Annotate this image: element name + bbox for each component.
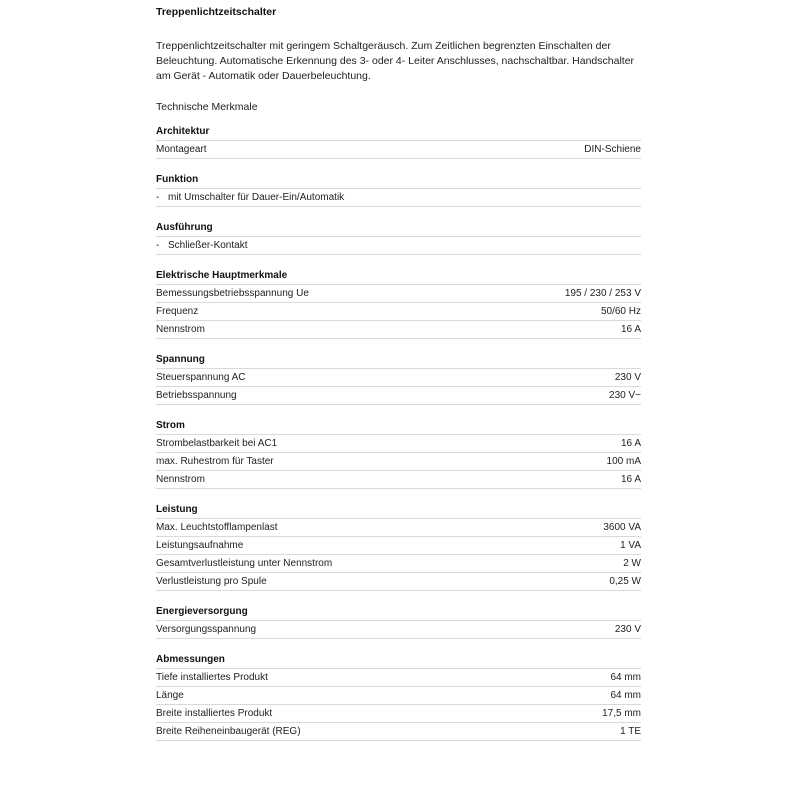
section-title: Strom	[156, 417, 641, 435]
spec-label: Länge	[156, 687, 184, 704]
section-title: Elektrische Hauptmerkmale	[156, 267, 641, 285]
spec-label: Tiefe installiertes Produkt	[156, 669, 268, 686]
spec-value: 230 V	[615, 369, 641, 386]
section-title: Spannung	[156, 351, 641, 369]
spec-label: max. Ruhestrom für Taster	[156, 453, 274, 470]
spec-value: 100 mA	[607, 453, 641, 470]
spec-label: Nennstrom	[156, 321, 205, 338]
spec-row: -mit Umschalter für Dauer-Ein/Automatik	[156, 189, 641, 207]
spec-section-spannung: SpannungSteuerspannung AC230 VBetriebssp…	[156, 351, 641, 405]
spec-value: 16 A	[621, 471, 641, 488]
spec-label: Steuerspannung AC	[156, 369, 246, 386]
section-title: Leistung	[156, 501, 641, 519]
spec-label: Versorgungsspannung	[156, 621, 256, 638]
spec-row: Steuerspannung AC230 V	[156, 369, 641, 387]
spec-row: Max. Leuchtstofflampenlast3600 VA	[156, 519, 641, 537]
spec-value: 17,5 mm	[602, 705, 641, 722]
spec-value: 1 VA	[620, 537, 641, 554]
spec-row: Betriebsspannung230 V~	[156, 387, 641, 405]
spec-label: Leistungsaufnahme	[156, 537, 243, 554]
spec-label: -mit Umschalter für Dauer-Ein/Automatik	[156, 189, 344, 206]
spec-label: Max. Leuchtstofflampenlast	[156, 519, 278, 536]
spec-value: DIN-Schiene	[584, 141, 641, 158]
spec-row: Verlustleistung pro Spule0,25 W	[156, 573, 641, 591]
spec-row: Leistungsaufnahme1 VA	[156, 537, 641, 555]
spec-section-strom: StromStrombelastbarkeit bei AC116 Amax. …	[156, 417, 641, 489]
spec-value: 16 A	[621, 435, 641, 452]
spec-value: 230 V	[615, 621, 641, 638]
spec-label: Strombelastbarkeit bei AC1	[156, 435, 277, 452]
spec-value: 0,25 W	[609, 573, 641, 590]
spec-row: Breite installiertes Produkt17,5 mm	[156, 705, 641, 723]
spec-row: Frequenz50/60 Hz	[156, 303, 641, 321]
spec-row: Länge64 mm	[156, 687, 641, 705]
section-title: Abmessungen	[156, 651, 641, 669]
spec-row: Tiefe installiertes Produkt64 mm	[156, 669, 641, 687]
spec-row: Bemessungsbetriebsspannung Ue195 / 230 /…	[156, 285, 641, 303]
spec-value: 230 V~	[609, 387, 641, 404]
spec-section-architektur: ArchitekturMontageartDIN-Schiene	[156, 123, 641, 159]
spec-label: Breite installiertes Produkt	[156, 705, 272, 722]
section-title: Energieversorgung	[156, 603, 641, 621]
spec-row: Breite Reiheneinbaugerät (REG)1 TE	[156, 723, 641, 741]
technical-features-heading: Technische Merkmale	[156, 100, 641, 114]
spec-row: MontageartDIN-Schiene	[156, 141, 641, 159]
bullet-dash: -	[156, 237, 168, 254]
spec-value: 3600 VA	[603, 519, 641, 536]
spec-label: Breite Reiheneinbaugerät (REG)	[156, 723, 301, 740]
spec-section-funktion: Funktion-mit Umschalter für Dauer-Ein/Au…	[156, 171, 641, 207]
product-title: Treppenlichtzeitschalter	[156, 5, 641, 19]
spec-row: Gesamtverlustleistung unter Nennstrom2 W	[156, 555, 641, 573]
spec-sections: ArchitekturMontageartDIN-SchieneFunktion…	[156, 123, 641, 741]
spec-label: Betriebsspannung	[156, 387, 237, 404]
spec-label: Nennstrom	[156, 471, 205, 488]
spec-section-ausführung: Ausführung-Schließer-Kontakt	[156, 219, 641, 255]
spec-label: Frequenz	[156, 303, 198, 320]
spec-value: 16 A	[621, 321, 641, 338]
section-title: Funktion	[156, 171, 641, 189]
spec-label: Gesamtverlustleistung unter Nennstrom	[156, 555, 332, 572]
spec-section-energieversorgung: EnergieversorgungVersorgungsspannung230 …	[156, 603, 641, 639]
spec-value: 64 mm	[610, 669, 641, 686]
spec-value: 50/60 Hz	[601, 303, 641, 320]
spec-label: Bemessungsbetriebsspannung Ue	[156, 285, 309, 302]
bullet-dash: -	[156, 189, 168, 206]
spec-section-abmessungen: AbmessungenTiefe installiertes Produkt64…	[156, 651, 641, 741]
spec-label: Verlustleistung pro Spule	[156, 573, 267, 590]
spec-label: -Schließer-Kontakt	[156, 237, 247, 254]
spec-value: 64 mm	[610, 687, 641, 704]
spec-value: 1 TE	[620, 723, 641, 740]
spec-row: Versorgungsspannung230 V	[156, 621, 641, 639]
spec-label-text: mit Umschalter für Dauer-Ein/Automatik	[168, 192, 344, 203]
section-title: Architektur	[156, 123, 641, 141]
spec-section-leistung: LeistungMax. Leuchtstofflampenlast3600 V…	[156, 501, 641, 591]
product-spec-page: Treppenlichtzeitschalter Treppenlichtzei…	[156, 0, 641, 741]
spec-row: -Schließer-Kontakt	[156, 237, 641, 255]
spec-label-text: Schließer-Kontakt	[168, 240, 247, 251]
product-description: Treppenlichtzeitschalter mit geringem Sc…	[156, 39, 641, 84]
spec-row: Nennstrom16 A	[156, 321, 641, 339]
spec-row: Strombelastbarkeit bei AC116 A	[156, 435, 641, 453]
section-title: Ausführung	[156, 219, 641, 237]
spec-value: 195 / 230 / 253 V	[565, 285, 641, 302]
spec-section-elektrische-hauptmerkmale: Elektrische HauptmerkmaleBemessungsbetri…	[156, 267, 641, 339]
spec-row: max. Ruhestrom für Taster100 mA	[156, 453, 641, 471]
spec-value: 2 W	[623, 555, 641, 572]
spec-label: Montageart	[156, 141, 207, 158]
spec-row: Nennstrom16 A	[156, 471, 641, 489]
